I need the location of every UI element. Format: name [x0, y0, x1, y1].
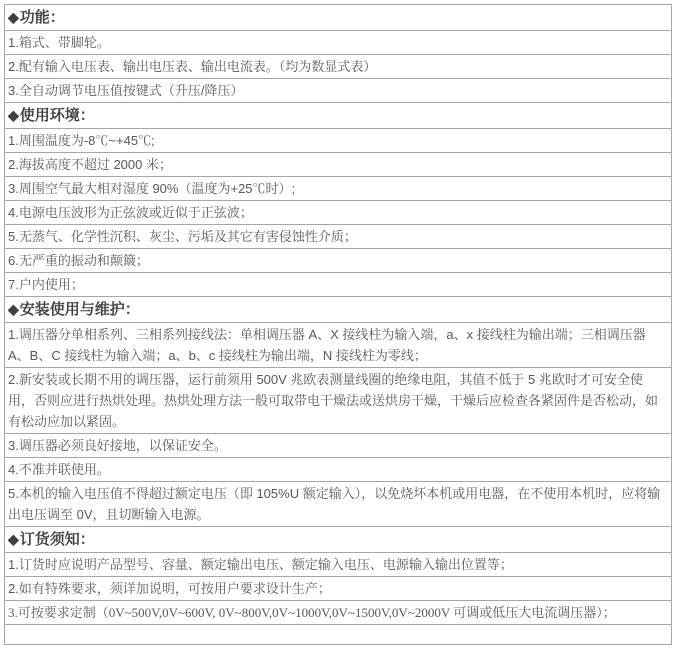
- diamond-bullet-icon: ◆: [8, 301, 19, 317]
- spec-item: 2.如有特殊要求，须详加说明，可按用户要求设计生产；: [5, 577, 672, 601]
- table-row: 3.可按要求定制（0V~500V,0V~600V, 0V~800V,0V~100…: [5, 601, 672, 625]
- spec-item: 7.户内使用；: [5, 273, 672, 297]
- section-header-environment: ◆使用环境：: [5, 103, 672, 129]
- spec-item: 1.箱式、带脚轮。: [5, 31, 672, 55]
- spec-item: 3.周围空气最大相对湿度 90%（温度为+25℃时）;: [5, 177, 672, 201]
- table-row: 5.本机的输入电压值不得超过额定电压（即 105%U 额定输入），以免烧坏本机或…: [5, 482, 672, 527]
- section-header-row: ◆安装使用与维护：: [5, 297, 672, 323]
- section-header-row: ◆订货须知：: [5, 527, 672, 553]
- spec-item: 4.不准并联使用。: [5, 458, 672, 482]
- spec-item: 3.可按要求定制（0V~500V,0V~600V, 0V~800V,0V~100…: [5, 601, 672, 625]
- spec-item: 3.全自动调节电压值按键式（升压/降压）: [5, 79, 672, 103]
- table-row: 2.海拔高度不超过 2000 米；: [5, 153, 672, 177]
- spec-document: ◆功能： 1.箱式、带脚轮。 2.配有输入电压表、输出电压表、输出电流表。（均为…: [0, 0, 676, 649]
- table-row: 7.户内使用；: [5, 273, 672, 297]
- table-row: 4.电源电压波形为正弦波或近似于正弦波；: [5, 201, 672, 225]
- table-row: 4.不准并联使用。: [5, 458, 672, 482]
- table-row: 1.箱式、带脚轮。: [5, 31, 672, 55]
- spec-item: 1.订货时应说明产品型号、容量、额定输出电压、额定输入电压、电源输入输出位置等；: [5, 553, 672, 577]
- section-header-row: ◆使用环境：: [5, 103, 672, 129]
- table-row: 3.周围空气最大相对湿度 90%（温度为+25℃时）;: [5, 177, 672, 201]
- table-row: 1.调压器分单相系列、三相系列接线法：单相调压器 A、X 接线柱为输入端，a、x…: [5, 323, 672, 368]
- section-title: 功能：: [20, 9, 65, 26]
- diamond-bullet-icon: ◆: [8, 9, 19, 25]
- section-title: 安装使用与维护：: [20, 301, 140, 318]
- table-row-empty: [5, 625, 672, 645]
- table-row: 1.订货时应说明产品型号、容量、额定输出电压、额定输入电压、电源输入输出位置等；: [5, 553, 672, 577]
- spec-item: 1.调压器分单相系列、三相系列接线法：单相调压器 A、X 接线柱为输入端，a、x…: [5, 323, 672, 368]
- table-row: 3.全自动调节电压值按键式（升压/降压）: [5, 79, 672, 103]
- section-header-ordering: ◆订货须知：: [5, 527, 672, 553]
- spec-item: 2.海拔高度不超过 2000 米；: [5, 153, 672, 177]
- table-row: 3.调压器必须良好接地，以保证安全。: [5, 434, 672, 458]
- diamond-bullet-icon: ◆: [8, 531, 19, 547]
- table-row: 5.无蒸气、化学性沉积、灰尘、污垢及其它有害侵蚀性介质；: [5, 225, 672, 249]
- spec-item: 2.新安装或长期不用的调压器，运行前须用 500V 兆欧表测量线圈的绝缘电阻，其…: [5, 368, 672, 434]
- table-row: 2.配有输入电压表、输出电压表、输出电流表。（均为数显式表）: [5, 55, 672, 79]
- section-title: 使用环境：: [20, 107, 95, 124]
- spec-item: 3.调压器必须良好接地，以保证安全。: [5, 434, 672, 458]
- spec-item: 4.电源电压波形为正弦波或近似于正弦波；: [5, 201, 672, 225]
- spec-item: 6.无严重的振动和颠簸；: [5, 249, 672, 273]
- spec-item: 5.本机的输入电压值不得超过额定电压（即 105%U 额定输入），以免烧坏本机或…: [5, 482, 672, 527]
- spec-item: 5.无蒸气、化学性沉积、灰尘、污垢及其它有害侵蚀性介质；: [5, 225, 672, 249]
- section-title: 订货须知：: [20, 531, 95, 548]
- table-row: 6.无严重的振动和颠簸；: [5, 249, 672, 273]
- table-row: 2.如有特殊要求，须详加说明，可按用户要求设计生产；: [5, 577, 672, 601]
- spec-item: 2.配有输入电压表、输出电压表、输出电流表。（均为数显式表）: [5, 55, 672, 79]
- section-header-row: ◆功能：: [5, 5, 672, 31]
- table-row: 2.新安装或长期不用的调压器，运行前须用 500V 兆欧表测量线圈的绝缘电阻，其…: [5, 368, 672, 434]
- spec-item: 1.周围温度为-8℃~+45℃;: [5, 129, 672, 153]
- diamond-bullet-icon: ◆: [8, 107, 19, 123]
- section-header-features: ◆功能：: [5, 5, 672, 31]
- spec-table: ◆功能： 1.箱式、带脚轮。 2.配有输入电压表、输出电压表、输出电流表。（均为…: [4, 4, 672, 645]
- table-row: 1.周围温度为-8℃~+45℃;: [5, 129, 672, 153]
- section-header-installation: ◆安装使用与维护：: [5, 297, 672, 323]
- empty-cell: [5, 625, 672, 645]
